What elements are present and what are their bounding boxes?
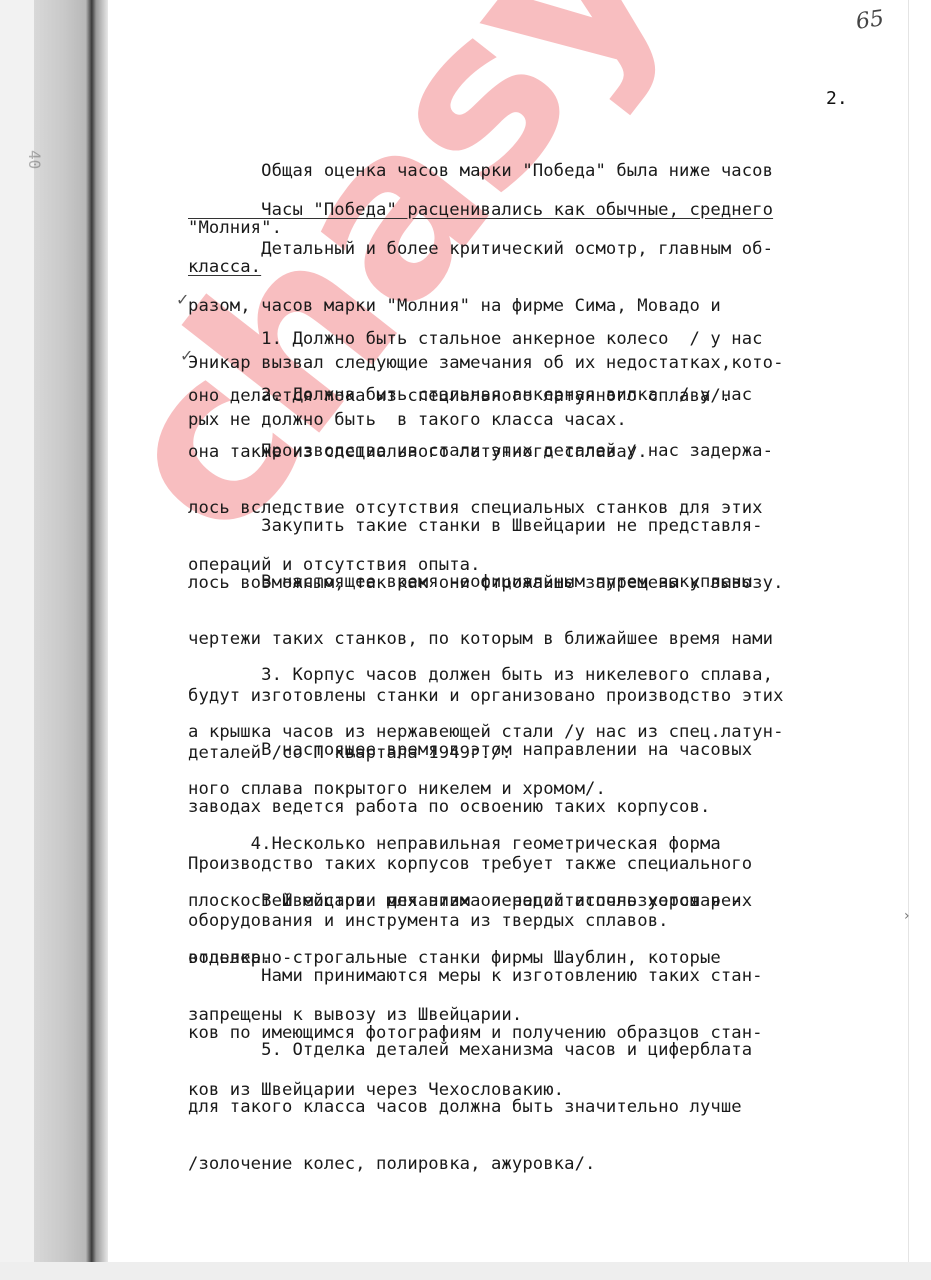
text-line: 3. Корпус часов должен быть из никелевог…: [188, 666, 888, 685]
text-line: /золочение колес, полировка, ажуровка/.: [188, 1155, 888, 1174]
binding-shadow: [34, 0, 108, 1262]
checkmark-icon: ✓: [180, 346, 193, 365]
text-line: Закупить такие станки в Швейцарии не пре…: [188, 517, 888, 536]
text-line: 4.Несколько неправильная геометрическая …: [188, 835, 888, 854]
text-line: 2. Должна быть стальная анкерная вилка /…: [188, 386, 888, 405]
text-line: 1. Должно быть стальное анкерное колесо …: [188, 330, 888, 349]
text-line: Детальный и более критический осмотр, гл…: [188, 240, 888, 259]
text-line: Производство из стали этих деталей у нас…: [188, 442, 888, 461]
text-line: В настоящее время неофициальным путем за…: [188, 573, 888, 592]
page-number: 2.: [826, 88, 848, 109]
text-line: В настоящее время в этом направлении на …: [188, 741, 888, 760]
handwritten-folio-number: 65: [854, 6, 885, 35]
text-line: для такого класса часов должна быть знач…: [188, 1098, 888, 1117]
checkmark-icon: ✓: [176, 290, 189, 309]
binding-stamp: 40: [25, 150, 44, 210]
margin-mark: ›: [904, 908, 910, 924]
text-line: Нами принимаются меры к изготовлению так…: [188, 967, 888, 986]
page-edge: [908, 0, 909, 1280]
text-line: 5. Отделка деталей механизма часов и циф…: [188, 1041, 888, 1060]
text-line: В Швейцарии для этих операций использует…: [188, 892, 888, 911]
list-item-5: 5. Отделка деталей механизма часов и циф…: [188, 1003, 888, 1193]
scan-bottom-edge: [0, 1262, 931, 1280]
